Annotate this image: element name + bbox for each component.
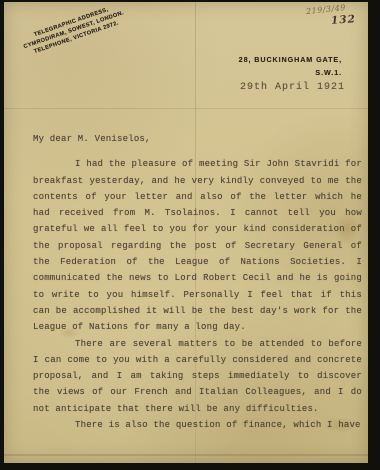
letter-paragraph: There is also the question of finance, w…: [33, 417, 362, 433]
address-street: 28, BUCKINGHAM GATE,: [239, 53, 342, 66]
horizontal-fold-crease: [4, 108, 368, 109]
letter-date: 29th April 1921: [240, 82, 345, 93]
telegraphic-address-stamp: TELEGRAPHIC ADDRESS, CYMRODIRAM, SOWEST,…: [18, 1, 130, 60]
bottom-fold-crease: [4, 454, 368, 456]
letterhead-address: 28, BUCKINGHAM GATE, S.W.1.: [239, 53, 342, 79]
scanned-letter-sheet: 219/3/49 132 TELEGRAPHIC ADDRESS, CYMROD…: [4, 2, 368, 463]
salutation: My dear M. Veniselos,: [33, 131, 362, 147]
letter-paragraph: I had the pleasure of meeting Sir John S…: [33, 156, 362, 335]
page-number-annotation: 132: [331, 13, 357, 27]
letter-paragraph: There are several matters to be attended…: [33, 336, 362, 417]
address-postal-district: S.W.1.: [239, 66, 342, 79]
letter-body: My dear M. Veniselos, I had the pleasure…: [33, 131, 362, 433]
